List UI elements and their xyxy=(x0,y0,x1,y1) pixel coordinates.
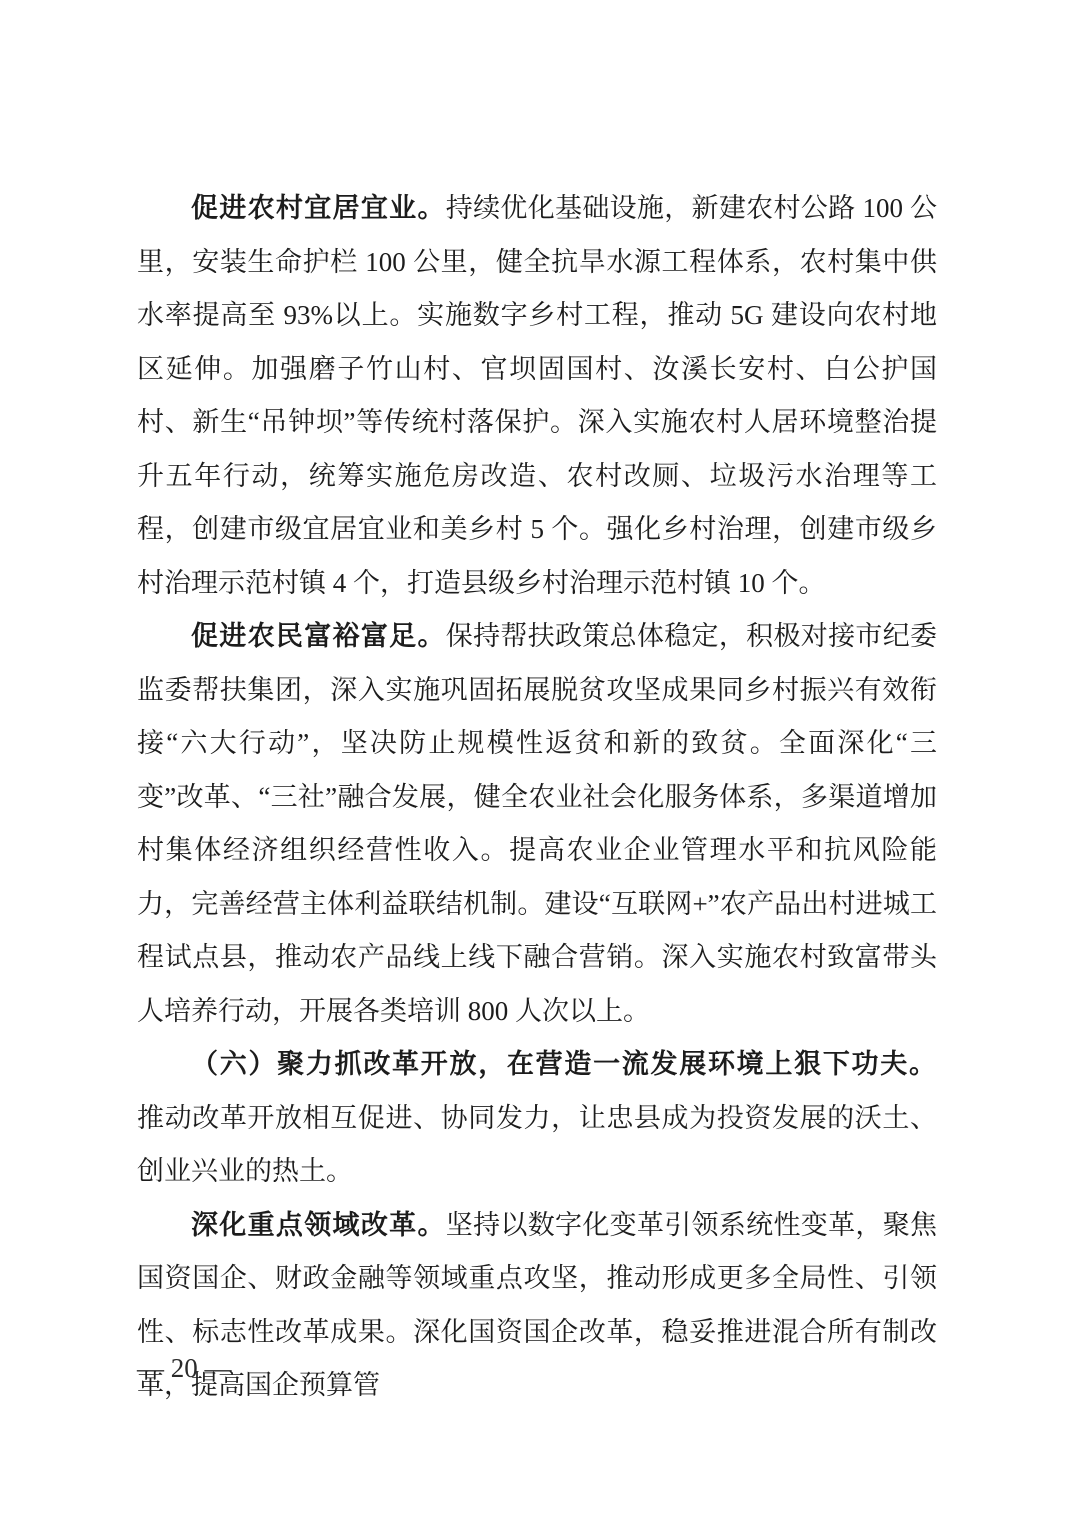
paragraph: 深化重点领域改革。坚持以数字化变革引领系统性变革，聚焦国资国企、财政金融等领域重… xyxy=(137,1199,937,1413)
paragraph-lead: （六）聚力抓改革开放，在营造一流发展环境上狠下功夫。 xyxy=(191,1049,937,1079)
paragraph: 促进农村宜居宜业。持续优化基础设施，新建农村公路 100 公里，安装生命护栏 1… xyxy=(137,182,937,610)
paragraph-body: 持续优化基础设施，新建农村公路 100 公里，安装生命护栏 100 公里，健全抗… xyxy=(137,193,937,598)
document-body: 促进农村宜居宜业。持续优化基础设施，新建农村公路 100 公里，安装生命护栏 1… xyxy=(137,182,937,1413)
page-number: — 20 — xyxy=(137,1348,232,1388)
paragraph-lead: 深化重点领域改革。 xyxy=(191,1210,446,1240)
paragraph: （六）聚力抓改革开放，在营造一流发展环境上狠下功夫。推动改革开放相互促进、协同发… xyxy=(137,1038,937,1199)
paragraph-body: 推动改革开放相互促进、协同发力，让忠县成为投资发展的沃土、创业兴业的热土。 xyxy=(137,1103,937,1187)
paragraph-lead: 促进农村宜居宜业。 xyxy=(191,193,446,223)
paragraph-lead: 促进农民富裕富足。 xyxy=(191,621,446,651)
paragraph-body: 保持帮扶政策总体稳定，积极对接市纪委监委帮扶集团，深入实施巩固拓展脱贫攻坚成果同… xyxy=(137,621,937,1026)
paragraph: 促进农民富裕富足。保持帮扶政策总体稳定，积极对接市纪委监委帮扶集团，深入实施巩固… xyxy=(137,610,937,1038)
document-page: 促进农村宜居宜业。持续优化基础设施，新建农村公路 100 公里，安装生命护栏 1… xyxy=(0,0,1074,1520)
